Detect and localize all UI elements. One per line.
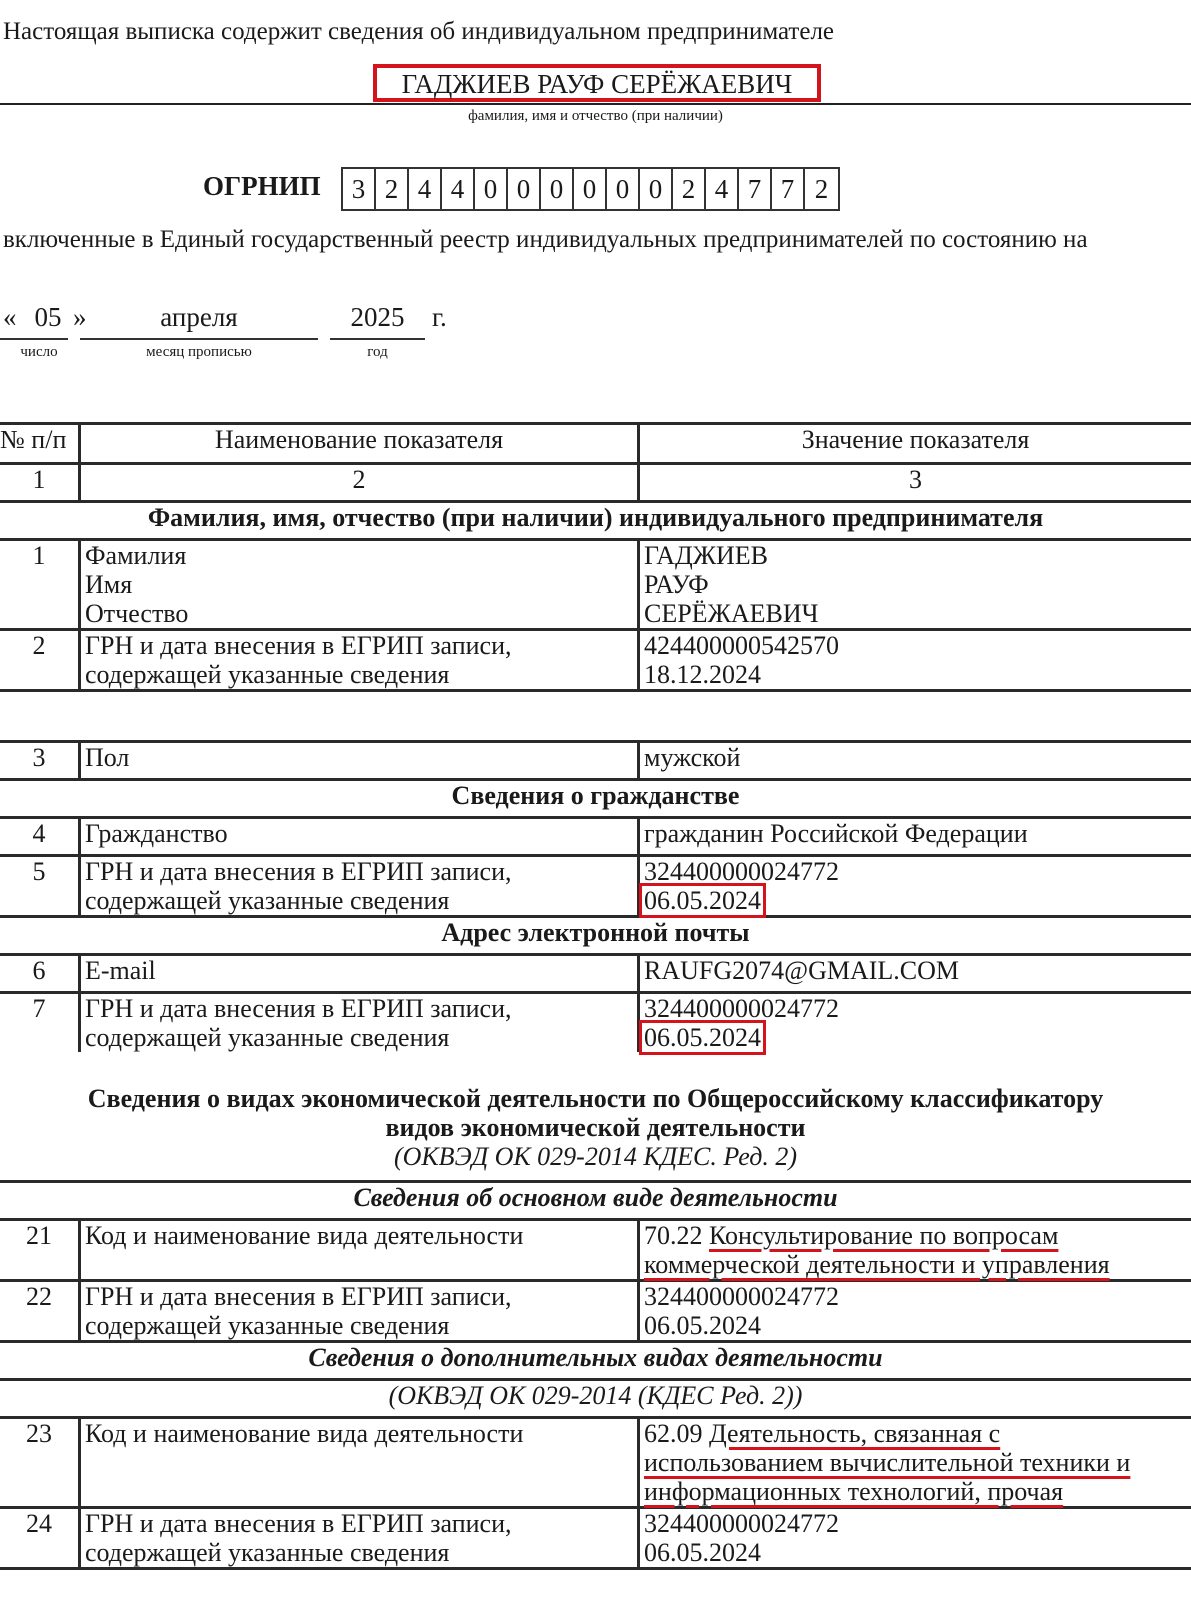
table-row: 4 Гражданство гражданин Российской Федер…: [0, 818, 1191, 856]
row-label: Фамилия Имя Отчество: [80, 540, 639, 630]
activity-desc-line: Деятельность, связанная с: [709, 1419, 1000, 1448]
value-date: 06.05.2024: [644, 1538, 1187, 1567]
row-label: Код и наименование вида деятельности: [80, 1418, 639, 1508]
ogrnip-digit: 7: [772, 169, 805, 209]
table-row: 24 ГРН и дата внесения в ЕГРИП записи, с…: [0, 1508, 1191, 1569]
year-caption: год: [330, 344, 425, 361]
date-day: 05: [0, 302, 68, 340]
ogrnip-digit: 2: [673, 169, 706, 209]
row-value: 324400000024772 06.05.2024: [639, 856, 1191, 917]
ogrnip-digit: 4: [706, 169, 739, 209]
row-label: ГРН и дата внесения в ЕГРИП записи, соде…: [80, 1281, 639, 1342]
row-num: 4: [0, 818, 80, 856]
okved-heading-line1: Сведения о видах экономической деятельно…: [0, 1084, 1191, 1113]
row-num: 7: [0, 993, 80, 1053]
full-name-highlighted: ГАДЖИЕВ РАУФ СЕРЁЖАЕВИЧ: [373, 64, 821, 102]
value-surname: ГАДЖИЕВ: [644, 541, 1187, 570]
row-value: 62.09 Деятельность, связанная с использо…: [639, 1418, 1191, 1508]
label-line: ГРН и дата внесения в ЕГРИП записи,: [85, 631, 633, 660]
section-citizenship: Сведения о гражданстве: [0, 780, 1191, 818]
row-label: Код и наименование вида деятельности: [80, 1220, 639, 1281]
highlighted-date: 06.05.2024: [642, 886, 763, 915]
section-fio: Фамилия, имя, отчество (при наличии) инд…: [0, 502, 1191, 540]
row-value: 324400000024772 06.05.2024: [639, 1508, 1191, 1569]
row-label: ГРН и дата внесения в ЕГРИП записи, соде…: [80, 630, 639, 691]
value-patronymic: СЕРЁЖАЕВИЧ: [644, 599, 1187, 628]
ogrnip-digit: 0: [508, 169, 541, 209]
date-year-suffix: г.: [432, 302, 447, 333]
row-label: ГРН и дата внесения в ЕГРИП записи, соде…: [80, 1508, 639, 1569]
table-row: 23 Код и наименование вида деятельности …: [0, 1418, 1191, 1508]
section-extra-activity: Сведения о дополнительных видах деятельн…: [0, 1342, 1191, 1380]
section-email-title: Адрес электронной почты: [0, 917, 1191, 955]
value-grn: 424400000542570: [644, 631, 1187, 660]
row-num: 2: [0, 630, 80, 691]
table-row: 6 E-mail RAUFG2074@GMAIL.COM: [0, 955, 1191, 993]
row-value: 324400000024772 06.05.2024: [639, 993, 1191, 1053]
okved-heading: Сведения о видах экономической деятельно…: [0, 1084, 1191, 1171]
header-name: Наименование показателя: [80, 424, 639, 464]
ogrnip-digit: 0: [640, 169, 673, 209]
activity-code: 70.22: [644, 1221, 703, 1250]
ogrnip-digit: 0: [607, 169, 640, 209]
value-date: 18.12.2024: [644, 660, 1187, 689]
day-caption: число: [0, 344, 78, 361]
section-extra-sub: (ОКВЭД ОК 029-2014 (КДЕС Ред. 2)): [0, 1380, 1191, 1418]
date-year: 2025: [330, 302, 425, 340]
activity-desc-line: информационных технологий, прочая: [644, 1477, 1063, 1506]
ogrnip-digit: 4: [442, 169, 475, 209]
ogrnip-digit: 0: [541, 169, 574, 209]
table-row: 5 ГРН и дата внесения в ЕГРИП записи, со…: [0, 856, 1191, 917]
name-underline: [0, 103, 1191, 105]
ogrnip-digit: 0: [475, 169, 508, 209]
activity-code: 62.09: [644, 1419, 703, 1448]
section-extra-activity-title: Сведения о дополнительных видах деятельн…: [0, 1342, 1191, 1380]
section-main-activity: Сведения об основном виде деятельности: [0, 1182, 1191, 1220]
ogrnip-digit: 2: [805, 169, 838, 209]
ogrnip-digit: 4: [409, 169, 442, 209]
row-num: 5: [0, 856, 80, 917]
ogrnip-digit: 3: [343, 169, 376, 209]
table-row: 22 ГРН и дата внесения в ЕГРИП записи, с…: [0, 1281, 1191, 1342]
label-line: содержащей указанные сведения: [85, 660, 633, 689]
label-line: ГРН и дата внесения в ЕГРИП записи,: [85, 857, 633, 886]
col-num-3: 3: [639, 464, 1191, 502]
row-num: 6: [0, 955, 80, 993]
label-line: содержащей указанные сведения: [85, 1311, 633, 1340]
ogrnip-digit: 7: [739, 169, 772, 209]
row-value: ГАДЖИЕВ РАУФ СЕРЁЖАЕВИЧ: [639, 540, 1191, 630]
row-value: мужской: [639, 742, 1191, 780]
intro-text: Настоящая выписка содержит сведения об и…: [3, 18, 834, 46]
included-text: включенные в Единый государственный реес…: [3, 226, 1153, 254]
table-row: 2 ГРН и дата внесения в ЕГРИП записи, со…: [0, 630, 1191, 691]
date-day-value: 05: [35, 302, 62, 332]
row-label: E-mail: [80, 955, 639, 993]
column-number-row: 1 2 3: [0, 464, 1191, 502]
row-label: Пол: [80, 742, 639, 780]
section-citizenship-title: Сведения о гражданстве: [0, 780, 1191, 818]
registry-table-details: 3 Пол мужской Сведения о гражданстве 4 Г…: [0, 740, 1191, 1052]
label-line: содержащей указанные сведения: [85, 1538, 633, 1567]
row-value: 70.22 Консультирование по вопросам комме…: [639, 1220, 1191, 1281]
value-first-name: РАУФ: [644, 570, 1187, 599]
month-caption: месяц прописью: [80, 344, 318, 361]
row-value: гражданин Российской Федерации: [639, 818, 1191, 856]
table-row: 3 Пол мужской: [0, 742, 1191, 780]
value-grn: 324400000024772: [644, 1282, 1187, 1311]
table-row: 21 Код и наименование вида деятельности …: [0, 1220, 1191, 1281]
row-value: 424400000542570 18.12.2024: [639, 630, 1191, 691]
section-main-activity-title: Сведения об основном виде деятельности: [0, 1182, 1191, 1220]
ogrnip-digit: 0: [574, 169, 607, 209]
row-value: 324400000024772 06.05.2024: [639, 1281, 1191, 1342]
col-num-2: 2: [80, 464, 639, 502]
activity-desc-line: коммерческой деятельности и управления: [644, 1250, 1110, 1279]
row-num: 24: [0, 1508, 80, 1569]
value-grn: 324400000024772: [644, 1509, 1187, 1538]
table-header-row: № п/п Наименование показателя Значение п…: [0, 424, 1191, 464]
okved-heading-line2: видов экономической деятельности: [0, 1113, 1191, 1142]
row-num: 3: [0, 742, 80, 780]
label-first-name: Имя: [85, 570, 633, 599]
row-num: 22: [0, 1281, 80, 1342]
value-grn: 324400000024772: [644, 857, 1187, 886]
row-label: Гражданство: [80, 818, 639, 856]
label-line: ГРН и дата внесения в ЕГРИП записи,: [85, 1509, 633, 1538]
registry-table-fio: № п/п Наименование показателя Значение п…: [0, 422, 1191, 692]
header-value: Значение показателя: [639, 424, 1191, 464]
row-num: 21: [0, 1220, 80, 1281]
label-line: ГРН и дата внесения в ЕГРИП записи,: [85, 994, 633, 1023]
registry-table-okved: Сведения об основном виде деятельности 2…: [0, 1180, 1191, 1570]
table-row: 7 ГРН и дата внесения в ЕГРИП записи, со…: [0, 993, 1191, 1053]
section-email: Адрес электронной почты: [0, 917, 1191, 955]
label-line: содержащей указанные сведения: [85, 1023, 633, 1052]
name-caption: фамилия, имя и отчество (при наличии): [0, 108, 1191, 125]
row-label: ГРН и дата внесения в ЕГРИП записи, соде…: [80, 856, 639, 917]
activity-desc-line: использованием вычислительной техники и: [644, 1448, 1130, 1477]
label-line: ГРН и дата внесения в ЕГРИП записи,: [85, 1282, 633, 1311]
label-surname: Фамилия: [85, 541, 633, 570]
table-row: 1 Фамилия Имя Отчество ГАДЖИЕВ РАУФ СЕРЁ…: [0, 540, 1191, 630]
row-label: ГРН и дата внесения в ЕГРИП записи, соде…: [80, 993, 639, 1053]
label-line: содержащей указанные сведения: [85, 886, 633, 915]
section-extra-subtitle: (ОКВЭД ОК 029-2014 (КДЕС Ред. 2)): [0, 1380, 1191, 1418]
row-num: 1: [0, 540, 80, 630]
activity-desc-line: Консультирование по вопросам: [709, 1221, 1058, 1250]
row-num: 23: [0, 1418, 80, 1508]
highlighted-date: 06.05.2024: [642, 1023, 763, 1052]
ogrnip-label: ОГРНИП: [203, 171, 321, 202]
okved-subheading: (ОКВЭД ОК 029-2014 КДЕС. Ред. 2): [0, 1142, 1191, 1171]
date-month: апреля: [80, 302, 318, 340]
email-value: RAUFG2074@GMAIL.COM: [639, 955, 1191, 993]
value-date: 06.05.2024: [644, 1311, 1187, 1340]
value-grn: 324400000024772: [644, 994, 1187, 1023]
section-fio-title: Фамилия, имя, отчество (при наличии) инд…: [0, 502, 1191, 540]
col-num-1: 1: [0, 464, 80, 502]
header-num: № п/п: [0, 424, 80, 464]
label-patronymic: Отчество: [85, 599, 633, 628]
ogrnip-digit: 2: [376, 169, 409, 209]
ogrnip-digit-boxes: 324400000024772: [341, 167, 840, 211]
